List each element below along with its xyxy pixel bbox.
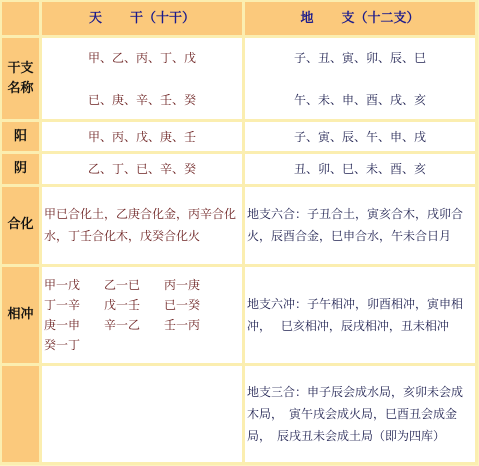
yin-label: 阴	[2, 154, 39, 183]
pair: 庚一申	[44, 315, 104, 335]
pair: 戊一壬	[104, 295, 164, 315]
hehua-label: 合化	[2, 187, 39, 265]
dizhi-header: 地支（十二支）	[245, 2, 475, 35]
pair: 已一癸	[164, 295, 224, 315]
yang-label: 阳	[2, 122, 39, 151]
tiangan-header-char: 天	[89, 11, 102, 26]
sanhe-tiangan	[42, 366, 242, 462]
yin-row: 阴 乙、丁、已、辛、癸 丑、卯、巳、未、酉、亥	[2, 154, 475, 183]
hehua-row: 合化 甲已合化土，乙庚合化金，丙辛合化水，丁壬合化木，戊癸合化火 地支六合：子丑…	[2, 187, 475, 265]
xiangchong-pairs: 甲一戊 乙一已 丙一庚 丁一辛 戊一壬 已一癸 庚一申 辛一乙 壬一丙 癸一丁	[42, 275, 242, 355]
ganzhi-table: 天干（十干） 地支（十二支） 干支 名称 甲、乙、丙、丁、戊 已、庚、辛、壬、癸…	[0, 0, 478, 465]
dizhi-header-label: 支（十二支）	[342, 11, 420, 26]
xiangchong-tiangan: 甲一戊 乙一已 丙一庚 丁一辛 戊一壬 已一癸 庚一申 辛一乙 壬一丙 癸一丁	[42, 267, 242, 363]
dizhi-names-line1: 子、丑、寅、卯、辰、巳	[245, 47, 475, 69]
hehua-tiangan: 甲已合化土，乙庚合化金，丙辛合化水，丁壬合化木，戊癸合化火	[42, 187, 242, 265]
dizhi-names: 子、丑、寅、卯、辰、巳 午、未、申、酉、戌、亥	[245, 38, 475, 119]
pair: 甲一戊	[44, 275, 104, 295]
hehua-dizhi: 地支六合：子丑合土，寅亥合木，戌卯合火，辰酉合金，巳申合水，午未合日月	[245, 187, 475, 265]
dizhi-header-char: 地	[300, 11, 313, 26]
sanhe-row: 地支三合：申子辰会成水局，亥卯未会成木局， 寅午戌会成火局，巳酉丑会成金局， 辰…	[2, 366, 475, 462]
names-label-line2: 名称	[7, 81, 33, 96]
pair: 壬一丙	[164, 315, 224, 335]
xiangchong-dizhi: 地支六冲：子午相冲，卯酉相冲，寅申相冲， 巳亥相冲，辰戌相冲，丑未相冲	[245, 267, 475, 363]
sanhe-dizhi: 地支三合：申子辰会成水局，亥卯未会成木局， 寅午戌会成火局，巳酉丑会成金局， 辰…	[245, 366, 475, 462]
yang-tiangan: 甲、丙、戊、庚、壬	[42, 122, 242, 151]
xiangchong-label: 相冲	[2, 267, 39, 363]
yin-dizhi: 丑、卯、巳、未、酉、亥	[245, 154, 475, 183]
tiangan-names-line2: 已、庚、辛、壬、癸	[42, 89, 242, 111]
yang-row: 阳 甲、丙、戊、庚、壬 子、寅、辰、午、申、戌	[2, 122, 475, 151]
sanhe-label	[2, 366, 39, 462]
header-row: 天干（十干） 地支（十二支）	[2, 2, 475, 35]
dizhi-names-line2: 午、未、申、酉、戌、亥	[245, 89, 475, 111]
pair: 丁一辛	[44, 295, 104, 315]
names-label-line1: 干支	[7, 61, 33, 76]
xiangchong-row: 相冲 甲一戊 乙一已 丙一庚 丁一辛 戊一壬 已一癸 庚一申 辛一乙 壬一丙 癸…	[2, 267, 475, 363]
tiangan-names: 甲、乙、丙、丁、戊 已、庚、辛、壬、癸	[42, 38, 242, 119]
pair: 乙一已	[104, 275, 164, 295]
pair: 丙一庚	[164, 275, 224, 295]
tiangan-header-label: 干（十干）	[130, 11, 195, 26]
pair: 辛一乙	[104, 315, 164, 335]
yin-tiangan: 乙、丁、已、辛、癸	[42, 154, 242, 183]
tiangan-header: 天干（十干）	[42, 2, 242, 35]
pair: 癸一丁	[44, 335, 104, 355]
names-label: 干支 名称	[2, 38, 39, 119]
yang-dizhi: 子、寅、辰、午、申、戌	[245, 122, 475, 151]
names-row: 干支 名称 甲、乙、丙、丁、戊 已、庚、辛、壬、癸 子、丑、寅、卯、辰、巳 午、…	[2, 38, 475, 119]
tiangan-names-line1: 甲、乙、丙、丁、戊	[42, 47, 242, 69]
corner-cell	[2, 2, 39, 35]
